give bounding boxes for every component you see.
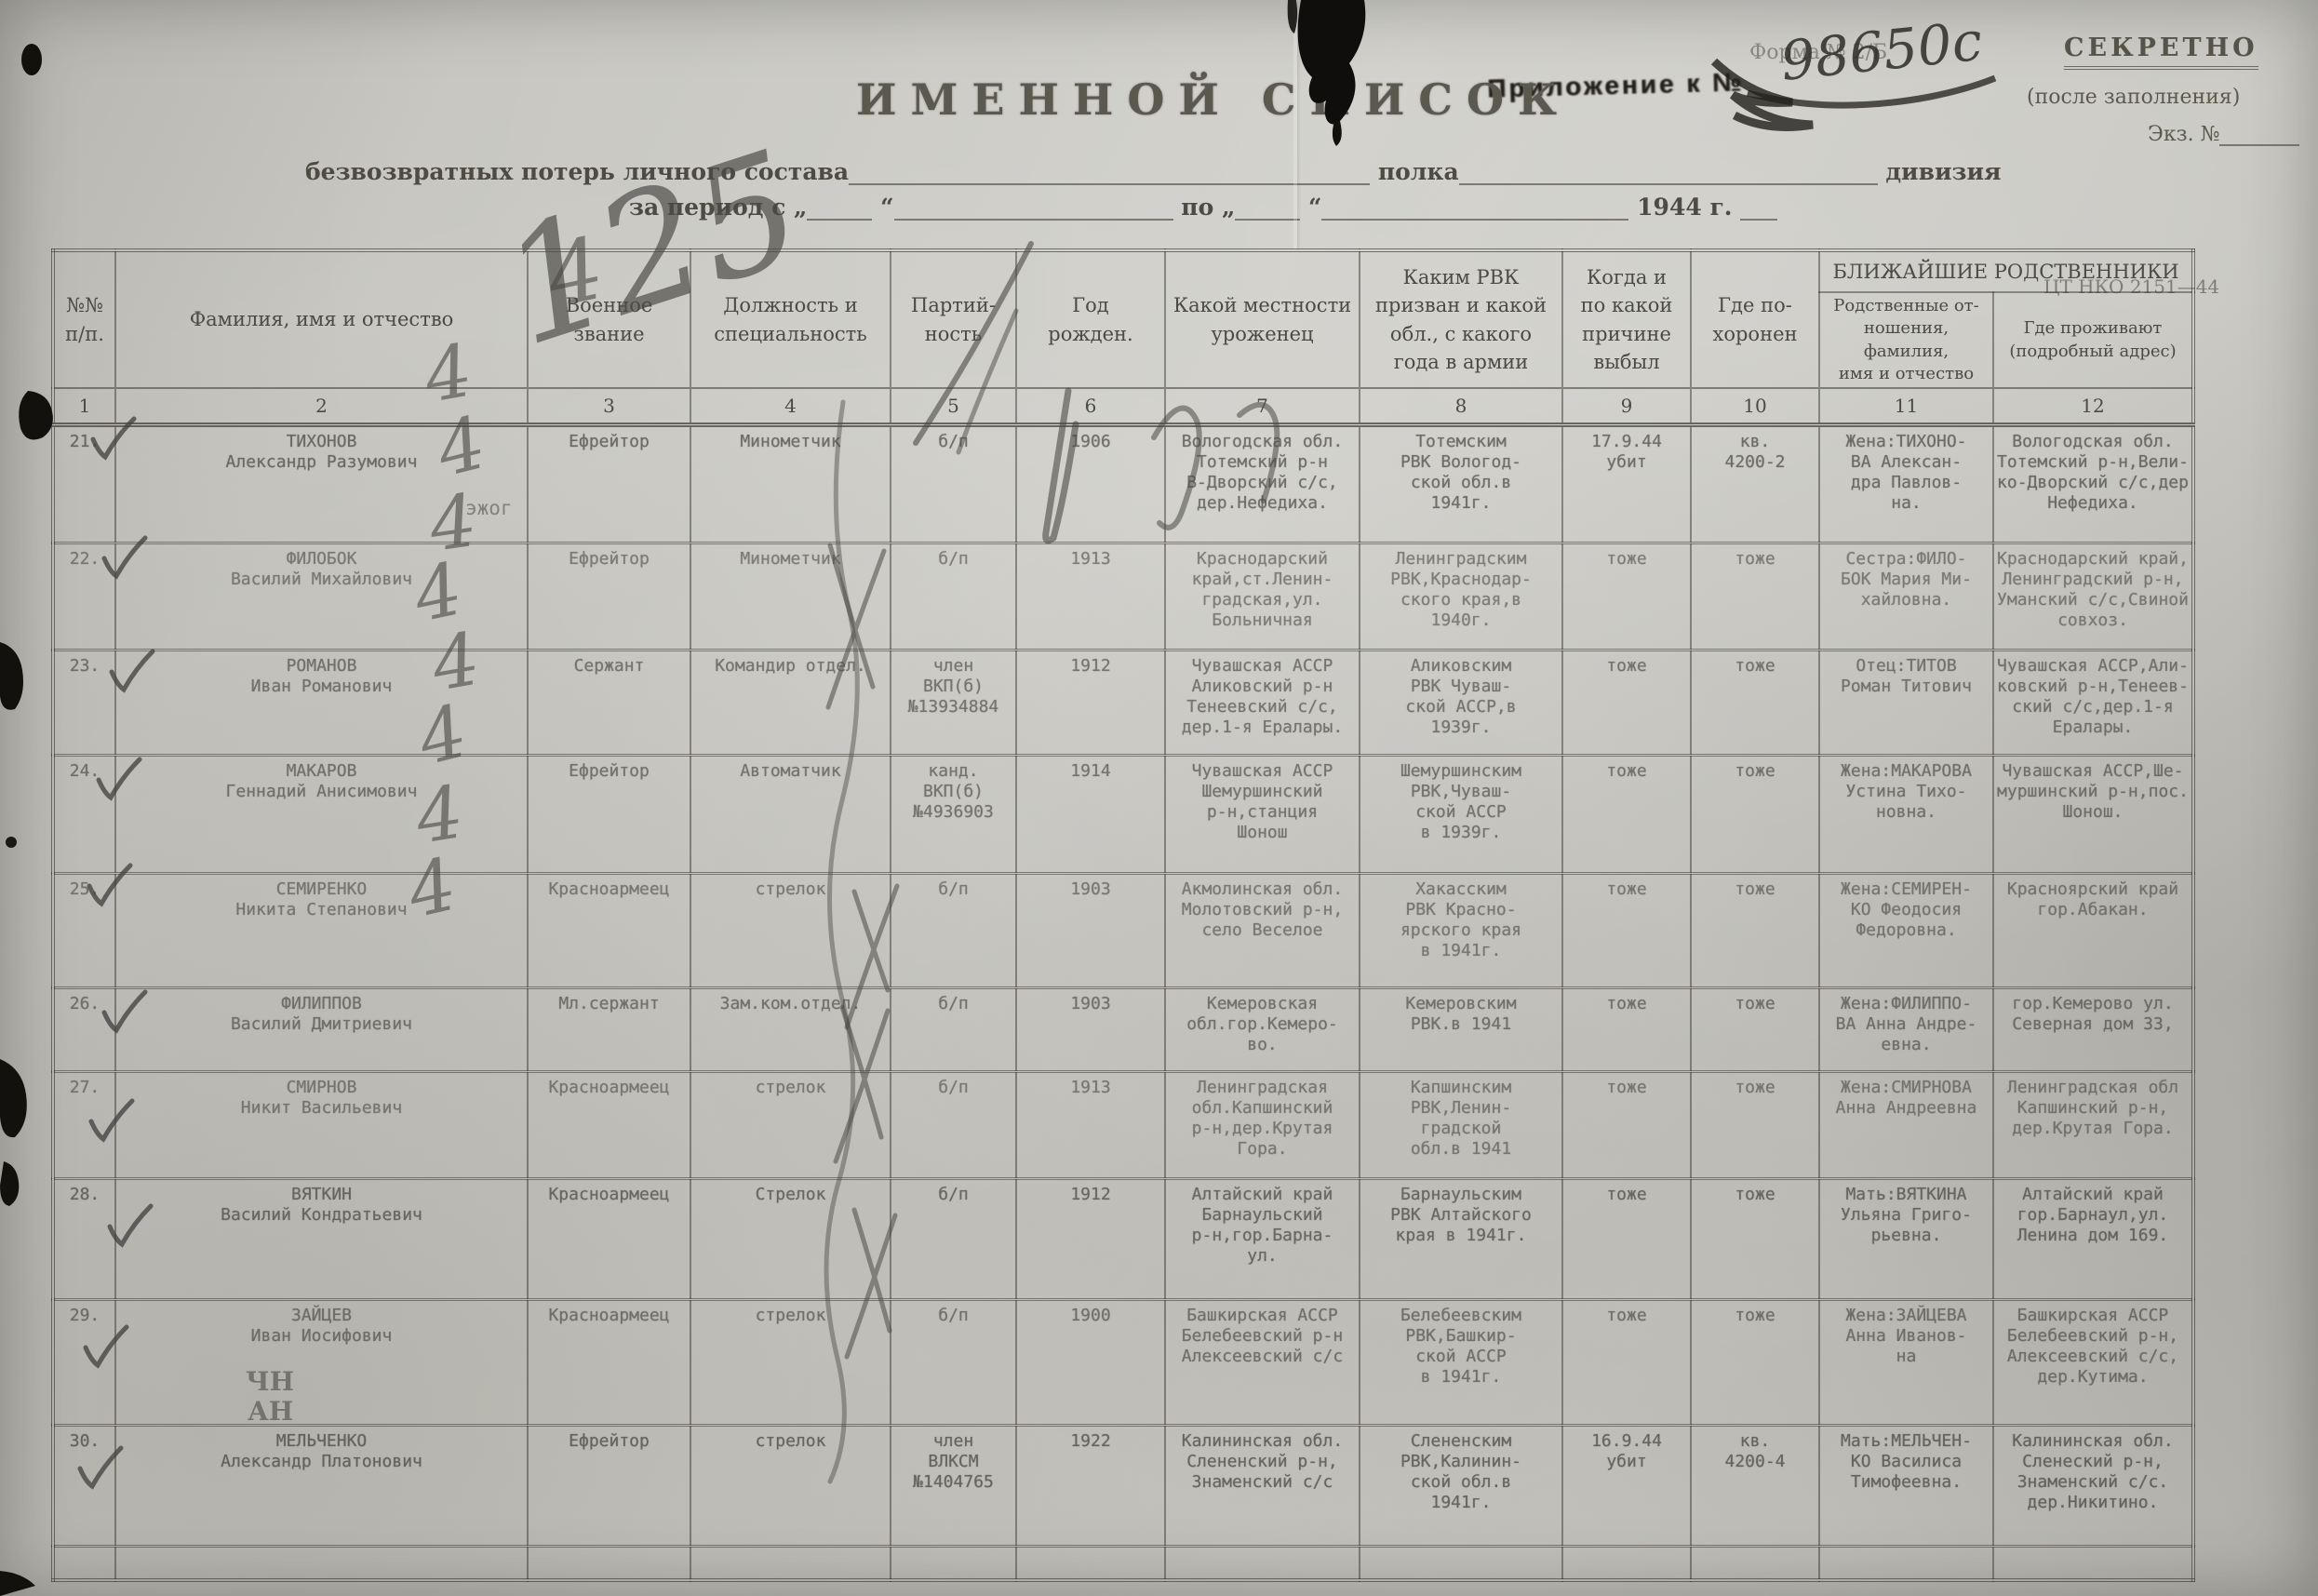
period-tail-blank [1740, 202, 1777, 221]
note-row29-1: ЧН [246, 1366, 294, 1397]
cell-party: б/п [891, 988, 1016, 1072]
cell-address: Алтайский край гор.Барнаул,ул. Ленина до… [1993, 1179, 2193, 1300]
cell-party: член ВКП(б) №13934884 [891, 650, 1016, 756]
cell-position: Командир отдел. [690, 650, 891, 756]
cell-burial: тоже [1691, 988, 1819, 1072]
cell-birth-year: 1903 [1016, 988, 1165, 1072]
cell-drafted-by: Ленинградским РВК,Краснодар- ского края,… [1360, 543, 1562, 650]
stamp-scribble-2 [1748, 78, 1995, 105]
column-header-11: Родственные от- ношения, фамилия, имя и … [1819, 292, 1993, 388]
table-row: 24. МАКАРОВ Геннадий Анисимович Ефрейтор… [53, 756, 2193, 874]
cell-birthplace: Ленинградская обл.Капшинский р-н,дер.Кру… [1165, 1072, 1360, 1179]
page-title: ИМЕННОЙ СПИСОК [856, 74, 1571, 125]
cell-burial: тоже [1691, 1300, 1819, 1426]
cell-burial: тоже [1691, 1072, 1819, 1179]
subtitle-losses-text: безвозвратных потерь личного состава [305, 158, 849, 185]
column-number: 4 [690, 388, 891, 425]
column-header-12: Где проживают (подробный адрес) [1993, 292, 2193, 388]
cell-relative: Сестра:ФИЛО- БОК Мария Ми- хайловна. [1819, 543, 1993, 650]
cell-birthplace: Чувашская АССР Аликовский р-н Тенеевский… [1165, 650, 1360, 756]
cell-relative: Жена:МАКАРОВА Устина Тихо- новна. [1819, 756, 1993, 874]
period-to-text: по „ [1181, 194, 1235, 221]
cell-birth-year: 1900 [1016, 1300, 1165, 1426]
cell-position: стрелок [690, 1426, 891, 1547]
cell-party: б/п [891, 425, 1016, 543]
cell-birthplace: Краснодарский край,ст.Ленин- градская,ул… [1165, 543, 1360, 650]
period-year-text: 1944 г. [1637, 194, 1732, 221]
cell-party: канд. ВКП(б) №4936903 [891, 756, 1016, 874]
table-row: 23. РОМАНОВ Иван Романович Сержант Коман… [53, 650, 2193, 756]
table-row: 27. СМИРНОВ Никит Васильевич Красноармее… [53, 1072, 2193, 1179]
cell-drafted-by [1360, 1547, 1562, 1580]
unit-blank [849, 167, 1370, 185]
cell-relative: Мать:МЕЛЬЧЕН- КО Василиса Тимофеевна. [1819, 1426, 1993, 1547]
edge-blob-2 [19, 391, 53, 439]
cell-address: гор.Кемерово ул. Северная дом 33, [1993, 988, 2193, 1072]
cell-birthplace: Алтайский край Барнаульский р-н,гор.Барн… [1165, 1179, 1360, 1300]
cell-birth-year: 1922 [1016, 1426, 1165, 1547]
cell-position: стрелок [690, 1300, 891, 1426]
cell-birth-year: 1913 [1016, 1072, 1165, 1179]
table-body: 21. ТИХОНОВ Александр Разумович Ефрейтор… [53, 425, 2193, 1580]
cell-row-number: 23. [53, 650, 115, 756]
table-row: 30. МЕЛЬЧЕНКО Александр Платонович Ефрей… [53, 1426, 2193, 1547]
cell-casualty: тоже [1562, 650, 1691, 756]
cell-burial: кв. 4200-4 [1691, 1426, 1819, 1547]
column-header-10: Где по- хоронен [1691, 250, 1819, 388]
cell-row-number: 21. [53, 425, 115, 543]
cell-drafted-by: Белебеевским РВК,Башкир- ской АССР в 194… [1360, 1300, 1562, 1426]
cell-rank: Мл.сержант [528, 988, 690, 1072]
copy-number-blank [2219, 127, 2299, 146]
cell-burial: тоже [1691, 543, 1819, 650]
cell-address: Вологодская обл. Тотемский р-н,Вели- ко-… [1993, 425, 2193, 543]
subtitle-line-unit: безвозвратных потерь личного состава пол… [305, 158, 2001, 185]
cell-rank: Ефрейтор [528, 1426, 690, 1547]
column-number: 9 [1562, 388, 1691, 425]
cell-address: Чувашская АССР,Али- ковский р-н,Тенеев- … [1993, 650, 2193, 756]
cell-birth-year: 1912 [1016, 1179, 1165, 1300]
cell-burial: тоже [1691, 650, 1819, 756]
period-month2-blank [1321, 202, 1628, 221]
cell-relative: Мать:ВЯТКИНА Ульяна Григо- рьевна. [1819, 1179, 1993, 1300]
cell-address: Краснодарский край, Ленинградский р-н, У… [1993, 543, 2193, 650]
cell-relative: Жена:СЕМИРЕН- КО Феодосия Федоровна. [1819, 874, 1993, 988]
cell-row-number: 27. [53, 1072, 115, 1179]
edge-blob-5 [0, 1161, 19, 1206]
cell-row-number: 24. [53, 756, 115, 874]
cell-address: Калининская обл. Сленеский р-н, Знаменск… [1993, 1426, 2193, 1547]
copy-number-label: Экз. № [2148, 123, 2299, 146]
cell-drafted-by: Шемуршинским РВК,Чуваш- ской АССР в 1939… [1360, 756, 1562, 874]
column-group-relatives: БЛИЖАЙШИЕ РОДСТВЕННИКИ [1819, 250, 2193, 292]
corner-blob [0, 1571, 35, 1596]
cell-birth-year: 1913 [1016, 543, 1165, 650]
column-header-9: Когда и по какой причине выбыл [1562, 250, 1691, 388]
column-number: 7 [1165, 388, 1360, 425]
cell-drafted-by: Аликовским РВК Чуваш- ской АССР,в 1939г. [1360, 650, 1562, 756]
cell-birthplace: Кемеровская обл.гор.Кемеро- во. [1165, 988, 1360, 1072]
note-row29-2: АН [248, 1396, 293, 1427]
cell-casualty [1562, 1547, 1691, 1580]
subtitle-division-text: дивизия [1885, 158, 2001, 185]
cell-position: Автоматчик [690, 756, 891, 874]
cell-name: СЕМИРЕНКО Никита Степанович [115, 874, 528, 988]
cell-rank: Красноармеец [528, 1179, 690, 1300]
cell-address: Красноярский край гор.Абакан. [1993, 874, 2193, 988]
cell-drafted-by: Слененским РВК,Калинин- ской обл.в 1941г… [1360, 1426, 1562, 1547]
edge-blob-4 [0, 1059, 27, 1137]
secrecy-label: СЕКРЕТНО [2064, 34, 2258, 70]
cell-party [891, 1547, 1016, 1580]
cell-birthplace: Башкирская АССР Белебеевский р-н Алексее… [1165, 1300, 1360, 1426]
cell-drafted-by: Тотемским РВК Вологод- ской обл.в 1941г. [1360, 425, 1562, 543]
cell-row-number: 22. [53, 543, 115, 650]
column-header-2: Фамилия, имя и отчество [115, 250, 528, 388]
cell-birthplace: Вологодская обл. Тотемский р-н В-Дворски… [1165, 425, 1360, 543]
column-header-3: Военное звание [528, 250, 690, 388]
cell-rank: Красноармеец [528, 1072, 690, 1179]
cell-burial [1691, 1547, 1819, 1580]
column-header-8: Каким РВК призван и какой обл., с какого… [1360, 250, 1562, 388]
cell-address: Ленинградская обл Капшинский р-н, дер.Кр… [1993, 1072, 2193, 1179]
cell-drafted-by: Капшинским РВК,Ленин- градской обл.в 194… [1360, 1072, 1562, 1179]
cell-party: б/п [891, 1072, 1016, 1179]
paper-crease [1293, 0, 1297, 249]
cell-name: ТИХОНОВ Александр Разумович [115, 425, 528, 543]
table-row: 26. ФИЛИППОВ Василий Дмитриевич Мл.сержа… [53, 988, 2193, 1072]
cell-party: член ВЛКСМ №1404765 [891, 1426, 1016, 1547]
column-number: 2 [115, 388, 528, 425]
cell-birthplace: Калининская обл. Слененский р-н, Знаменс… [1165, 1426, 1360, 1547]
column-numbers-row: 1 2 3 4 5 6 7 8 9 10 11 12 [53, 388, 2193, 425]
form-number-label: Форма № 2/Б [1749, 41, 1887, 64]
table-row: 25. СЕМИРЕНКО Никита Степанович Красноар… [53, 874, 2193, 988]
cell-position: стрелок [690, 1072, 891, 1179]
note-row21: эжог [465, 497, 513, 519]
cell-birthplace: Акмолинская обл. Молотовский р-н, село В… [1165, 874, 1360, 988]
casualty-table: №№ п/п. Фамилия, имя и отчество Военное … [51, 248, 2195, 1582]
column-number: 6 [1016, 388, 1165, 425]
cell-party: б/п [891, 874, 1016, 988]
cell-name: СМИРНОВ Никит Васильевич [115, 1072, 528, 1179]
column-number: 11 [1819, 388, 1993, 425]
cell-birthplace: Чувашская АССР Шемуршинский р-н,станция … [1165, 756, 1360, 874]
cell-rank: Ефрейтор [528, 756, 690, 874]
empty-row [53, 1547, 2193, 1580]
cell-casualty: 16.9.44 убит [1562, 1426, 1691, 1547]
cell-row-number: 28. [53, 1179, 115, 1300]
cell-relative: Жена:ФИЛИППО- ВА Анна Андре- евна. [1819, 988, 1993, 1072]
subtitle-regiment-text: полка [1378, 158, 1459, 185]
column-number: 10 [1691, 388, 1819, 425]
cell-birthplace [1165, 1547, 1360, 1580]
cell-name: МЕЛЬЧЕНКО Александр Платонович [115, 1426, 528, 1547]
cell-rank: Красноармеец [528, 874, 690, 988]
cell-birth-year [1016, 1547, 1165, 1580]
cell-birth-year: 1906 [1016, 425, 1165, 543]
cell-relative: Отец:ТИТОВ Роман Титович [1819, 650, 1993, 756]
cell-casualty: тоже [1562, 543, 1691, 650]
cell-position: Минометчик [690, 543, 891, 650]
cell-casualty: тоже [1562, 1179, 1691, 1300]
cell-position: Стрелок [690, 1179, 891, 1300]
cell-row-number: 29. [53, 1300, 115, 1426]
edge-dot [6, 837, 17, 848]
cell-birth-year: 1903 [1016, 874, 1165, 988]
column-number: 1 [53, 388, 115, 425]
column-number: 8 [1360, 388, 1562, 425]
cell-rank: Ефрейтор [528, 543, 690, 650]
cell-address: Башкирская АССР Белебеевский р-н, Алексе… [1993, 1300, 2193, 1426]
cell-drafted-by: Барнаульским РВК Алтайского края в 1941г… [1360, 1179, 1562, 1300]
table-row: 28. ВЯТКИН Василий Кондратьевич Красноар… [53, 1179, 2193, 1300]
cell-casualty: тоже [1562, 1300, 1691, 1426]
cell-name: РОМАНОВ Иван Романович [115, 650, 528, 756]
regiment-blank [1459, 167, 1878, 185]
cell-relative: Жена:СМИРНОВА Анна Андреевна [1819, 1072, 1993, 1179]
cell-row-number: 30. [53, 1426, 115, 1547]
edge-blob-1 [21, 44, 42, 75]
edge-blob-3 [0, 642, 23, 710]
cell-casualty: тоже [1562, 874, 1691, 988]
period-month1-blank [894, 202, 1173, 221]
cell-row-number: 26. [53, 988, 115, 1072]
cell-position: Минометчик [690, 425, 891, 543]
subtitle-line-period: за период с „ “ по „ “ 1944 г. [629, 194, 1777, 221]
period-day1-blank [807, 202, 872, 221]
cell-birth-year: 1914 [1016, 756, 1165, 874]
table-row: 22. ФИЛОБОК Василий Михайлович Ефрейтор … [53, 543, 2193, 650]
cell-drafted-by: Хакасским РВК Красно- ярского края в 194… [1360, 874, 1562, 988]
column-header-5: Партий- ность [891, 250, 1016, 388]
column-number: 3 [528, 388, 690, 425]
column-number: 5 [891, 388, 1016, 425]
cell-relative: Жена:ТИХОНО- ВА Алексан- дра Павлов- на. [1819, 425, 1993, 543]
cell-burial: кв. 4200-2 [1691, 425, 1819, 543]
quote-mark-1: “ [880, 194, 893, 221]
ink-drip [1333, 121, 1342, 146]
cell-burial: тоже [1691, 874, 1819, 988]
cell-position [690, 1547, 891, 1580]
column-header-4: Должность и специальность [690, 250, 891, 388]
cell-burial: тоже [1691, 1179, 1819, 1300]
period-day2-blank [1235, 202, 1300, 221]
column-header-6: Год рожден. [1016, 250, 1165, 388]
cell-party: б/п [891, 1300, 1016, 1426]
cell-relative: Жена:ЗАЙЦЕВА Анна Иванов- на [1819, 1300, 1993, 1426]
cell-name: ЗАЙЦЕВ Иван Иосифович [115, 1300, 528, 1426]
cell-casualty: тоже [1562, 988, 1691, 1072]
cell-name: ФИЛИППОВ Василий Дмитриевич [115, 988, 528, 1072]
cell-row-number [53, 1547, 115, 1580]
cell-rank: Ефрейтор [528, 425, 690, 543]
cell-name [115, 1547, 528, 1580]
after-fill-label: (после заполнения) [2027, 86, 2240, 109]
cell-name: МАКАРОВ Геннадий Анисимович [115, 756, 528, 874]
cell-rank [528, 1547, 690, 1580]
cell-row-number: 25. [53, 874, 115, 988]
quote-mark-2: “ [1308, 194, 1321, 221]
cell-name: ФИЛОБОК Василий Михайлович [115, 543, 528, 650]
cell-rank: Красноармеец [528, 1300, 690, 1426]
cell-casualty: тоже [1562, 756, 1691, 874]
cell-casualty: 17.9.44 убит [1562, 425, 1691, 543]
scanned-document-page: Форма № 2/Б Приложение к № СЕКРЕТНО (пос… [0, 0, 2318, 1596]
table-row: 21. ТИХОНОВ Александр Разумович Ефрейтор… [53, 425, 2193, 543]
cell-position: Зам.ком.отдел. [690, 988, 891, 1072]
cell-drafted-by: Кемеровским РВК.в 1941 [1360, 988, 1562, 1072]
table-row: 29. ЗАЙЦЕВ Иван Иосифович Красноармеец с… [53, 1300, 2193, 1426]
column-header-7: Какой местности уроженец [1165, 250, 1360, 388]
column-header-1: №№ п/п. [53, 250, 115, 388]
copy-number-text: Экз. № [2148, 123, 2219, 146]
cell-relative [1819, 1547, 1993, 1580]
cell-casualty: тоже [1562, 1072, 1691, 1179]
cell-birth-year: 1912 [1016, 650, 1165, 756]
cell-burial: тоже [1691, 756, 1819, 874]
cell-party: б/п [891, 1179, 1016, 1300]
column-number: 12 [1993, 388, 2193, 425]
period-from-text: за период с „ [629, 194, 807, 221]
cell-address: Чувашская АССР,Ше- муршинский р-н,пос. Ш… [1993, 756, 2193, 874]
cell-rank: Сержант [528, 650, 690, 756]
cell-name: ВЯТКИН Василий Кондратьевич [115, 1179, 528, 1300]
cell-position: стрелок [690, 874, 891, 988]
cell-party: б/п [891, 543, 1016, 650]
cell-address [1993, 1547, 2193, 1580]
